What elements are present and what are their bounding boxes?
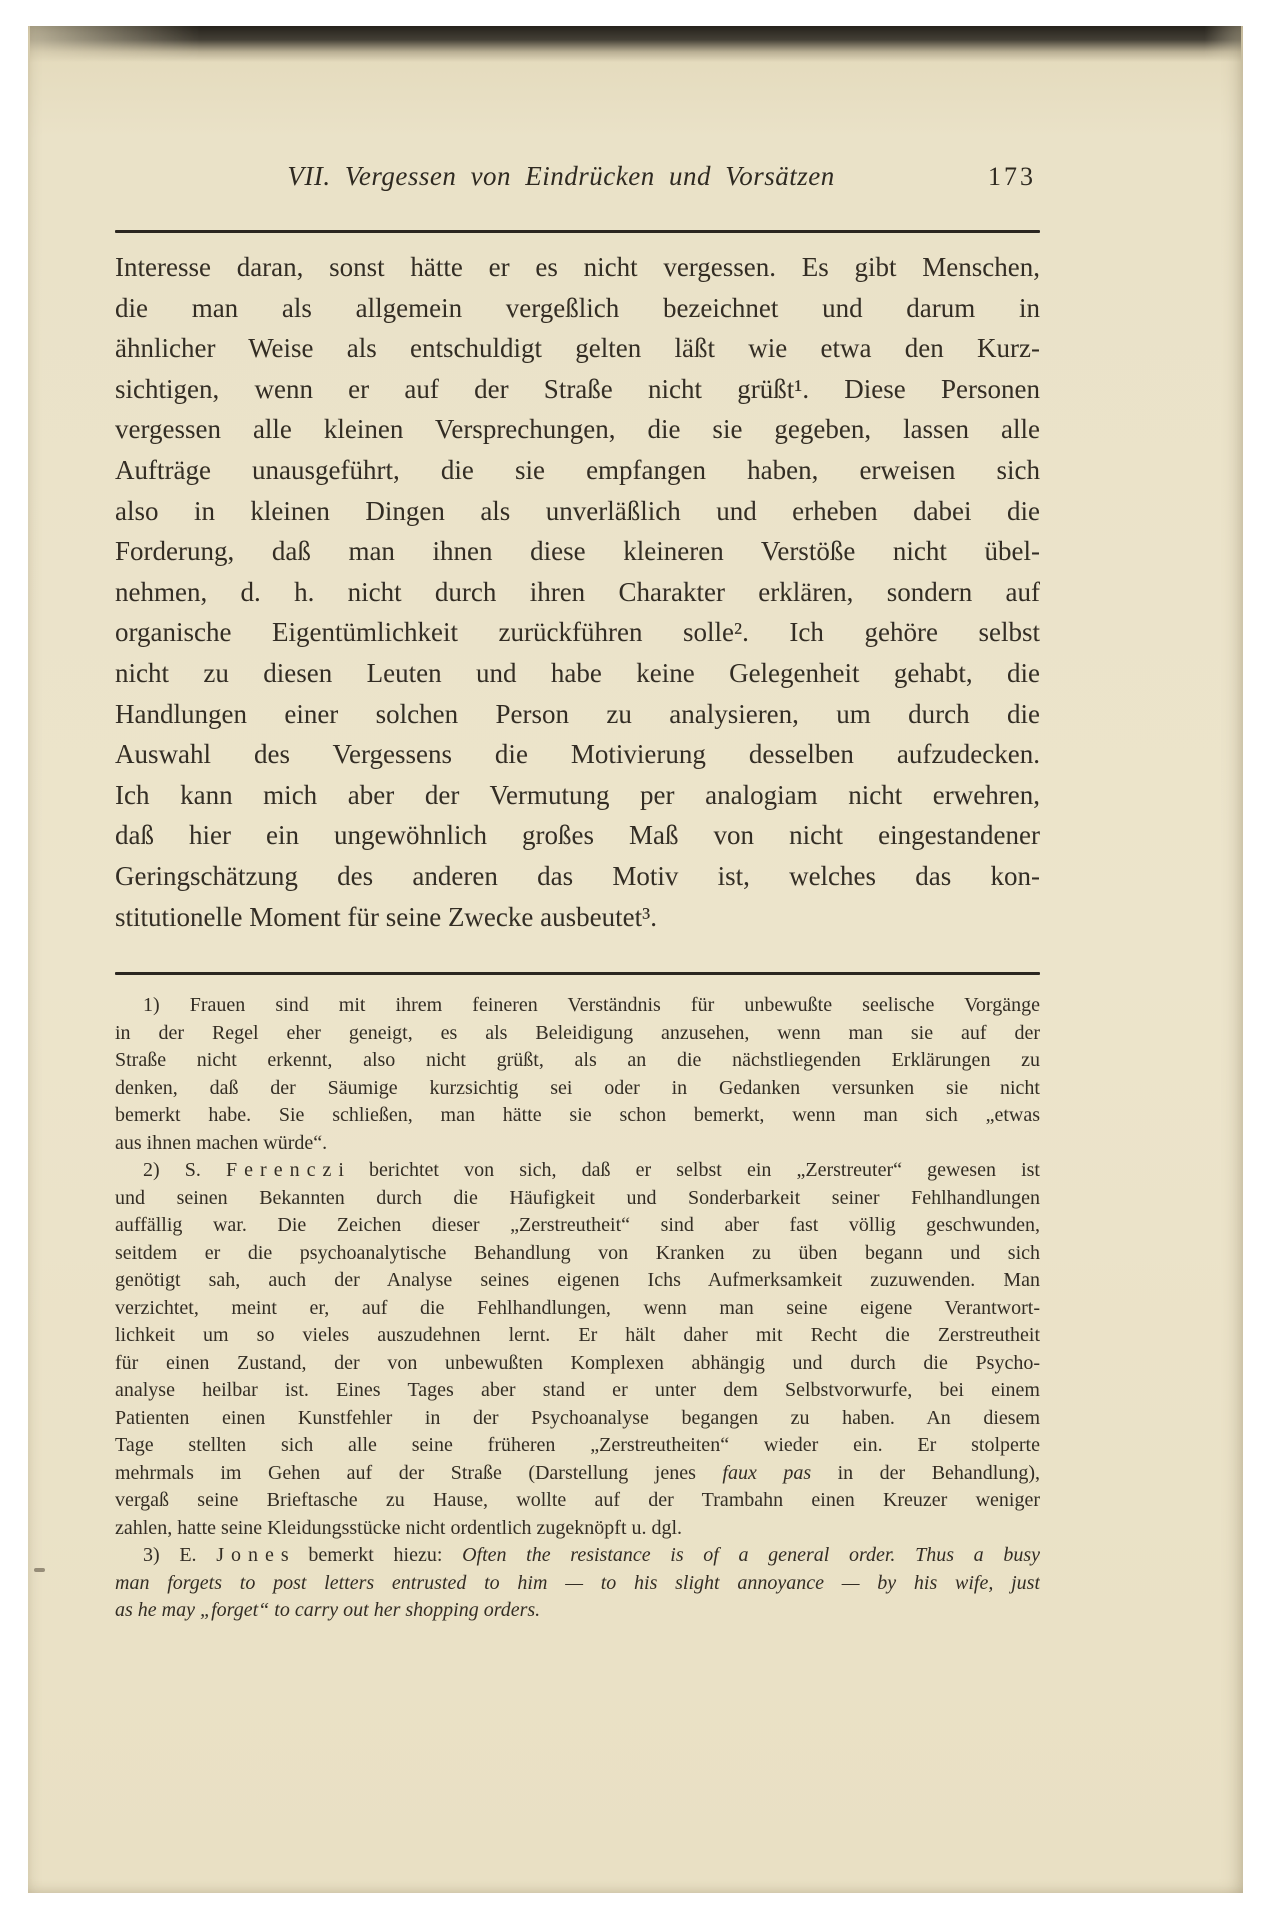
text-line: daß hier ein ungewöhnlich großes Maß von… [115, 815, 1040, 856]
text-line: 1) Frauen sind mit ihrem feineren Verstä… [115, 992, 1040, 1020]
running-head-title: VII. Vergessen von Eindrücken und Vorsät… [287, 161, 834, 192]
text-line: Geringschätzung des anderen das Motiv is… [115, 856, 1040, 897]
text-segment: berichtet von sich, daß er selbst ein „Z… [344, 1159, 1040, 1181]
text-segment: auffällig war. Die Zeichen dieser „Zerst… [115, 1214, 1040, 1236]
text-segment: Handlungen einer solchen Person zu analy… [115, 699, 1040, 729]
text-segment: Tage stellten sich alle seine früheren „… [115, 1434, 1040, 1456]
text-segment: seitdem er die psychoanalytische Behandl… [115, 1242, 1040, 1264]
text-segment: und seinen Bekannten durch die Häufigkei… [115, 1187, 1040, 1209]
text-line: nehmen, d. h. nicht durch ihren Charakte… [115, 572, 1040, 613]
text-segment: die man als allgemein vergeßlich bezeich… [115, 293, 1040, 323]
text-segment: faux pas [722, 1462, 811, 1484]
text-line: organische Eigentümlichkeit zurückführen… [115, 612, 1040, 653]
footnote-1: 1) Frauen sind mit ihrem feineren Verstä… [115, 992, 1040, 1157]
text-segment: Geringschätzung des anderen das Motiv is… [115, 861, 1040, 891]
text-segment: as he may „forget“ to carry out her shop… [115, 1599, 540, 1621]
text-line: verzichtet, meint er, auf die Fehlhandlu… [115, 1295, 1040, 1323]
text-segment: sichtigen, wenn er auf der Straße nicht … [115, 374, 1040, 404]
text-line: stitutionelle Moment für seine Zwecke au… [115, 897, 1040, 938]
main-text-block: Interesse daran, sonst hätte er es nicht… [115, 247, 1040, 937]
text-line: bemerkt habe. Sie schließen, man hätte s… [115, 1102, 1040, 1130]
text-segment: in der Behandlung), [811, 1462, 1040, 1484]
text-line: auffällig war. Die Zeichen dieser „Zerst… [115, 1212, 1040, 1240]
text-segment: also in kleinen Dingen als unverläßlich … [115, 496, 1040, 526]
text-segment: aus ihnen machen würde“. [115, 1132, 327, 1154]
text-segment: in der Regel eher geneigt, es als Beleid… [115, 1022, 1040, 1044]
text-segment: Jones [216, 1544, 295, 1566]
text-segment: mehrmals im Gehen auf der Straße (Darste… [115, 1462, 722, 1484]
text-line: vergessen alle kleinen Versprechungen, d… [115, 409, 1040, 450]
text-line: Ich kann mich aber der Vermutung per ana… [115, 775, 1040, 816]
text-line: analyse heilbar ist. Eines Tages aber st… [115, 1377, 1040, 1405]
text-segment: 2) S. [143, 1159, 226, 1181]
text-line: aus ihnen machen würde“. [115, 1130, 1040, 1158]
text-line: mehrmals im Gehen auf der Straße (Darste… [115, 1460, 1040, 1488]
text-line: Tage stellten sich alle seine früheren „… [115, 1432, 1040, 1460]
text-line: vergaß seine Brieftasche zu Hause, wollt… [115, 1487, 1040, 1515]
text-segment: Patienten einen Kunstfehler in der Psych… [115, 1407, 1040, 1429]
text-line: seitdem er die psychoanalytische Behandl… [115, 1240, 1040, 1268]
text-segment: daß hier ein ungewöhnlich großes Maß von… [115, 820, 1040, 850]
header-rule [115, 230, 1040, 233]
text-line: für einen Zustand, der von unbewußten Ko… [115, 1350, 1040, 1378]
text-segment: stitutionelle Moment für seine Zwecke au… [115, 902, 657, 932]
text-segment: nehmen, d. h. nicht durch ihren Charakte… [115, 577, 1040, 607]
text-segment: bemerkt hiezu: [289, 1544, 462, 1566]
text-segment: Auswahl des Vergessens die Motivierung d… [115, 739, 1040, 769]
text-segment: man forgets to post letters entrusted to… [115, 1572, 1040, 1594]
text-line: denken, daß der Säumige kurzsichtig sei … [115, 1075, 1040, 1103]
scanned-book-page: VII. Vergessen von Eindrücken und Vorsät… [0, 0, 1261, 1905]
text-line: nicht zu diesen Leuten und habe keine Ge… [115, 653, 1040, 694]
text-segment: Straße nicht erkennt, also nicht grüßt, … [115, 1049, 1040, 1071]
text-segment: vergessen alle kleinen Versprechungen, d… [115, 414, 1040, 444]
text-line: in der Regel eher geneigt, es als Beleid… [115, 1020, 1040, 1048]
text-line: Auswahl des Vergessens die Motivierung d… [115, 734, 1040, 775]
text-line: Straße nicht erkennt, also nicht grüßt, … [115, 1047, 1040, 1075]
text-segment: lichkeit um so vieles auszudehnen lernt.… [115, 1324, 1040, 1346]
text-segment: Forderung, daß man ihnen diese kleineren… [115, 536, 1040, 566]
text-segment: für einen Zustand, der von unbewußten Ko… [115, 1352, 1040, 1374]
text-line: ähnlicher Weise als entschuldigt gelten … [115, 328, 1040, 369]
text-line: sichtigen, wenn er auf der Straße nicht … [115, 369, 1040, 410]
text-line: Forderung, daß man ihnen diese kleineren… [115, 531, 1040, 572]
text-line: man forgets to post letters entrusted to… [115, 1570, 1040, 1598]
text-line: 2) S. Ferenczi berichtet von sich, daß e… [115, 1157, 1040, 1185]
scan-shadow-top [30, 26, 1241, 62]
footnote-3: 3) E. Jones bemerkt hiezu: Often the res… [115, 1542, 1040, 1625]
text-segment: nicht zu diesen Leuten und habe keine Ge… [115, 658, 1040, 688]
text-segment: bemerkt habe. Sie schließen, man hätte s… [115, 1104, 1040, 1126]
text-line: die man als allgemein vergeßlich bezeich… [115, 288, 1040, 329]
scan-artifact-speck [34, 1568, 45, 1572]
text-line: zahlen, hatte seine Kleidungsstücke nich… [115, 1515, 1040, 1543]
text-line: 3) E. Jones bemerkt hiezu: Often the res… [115, 1542, 1040, 1570]
text-line: Interesse daran, sonst hätte er es nicht… [115, 247, 1040, 288]
text-segment: ähnlicher Weise als entschuldigt gelten … [115, 333, 1040, 363]
text-segment: 1) Frauen sind mit ihrem feineren Verstä… [143, 994, 1040, 1016]
page-number: 173 [988, 162, 1036, 192]
footnotes-block: 1) Frauen sind mit ihrem feineren Verstä… [115, 992, 1040, 1625]
text-segment: Aufträge unausgeführt, die sie empfangen… [115, 455, 1040, 485]
text-line: genötigt sah, auch der Analyse seines ei… [115, 1267, 1040, 1295]
text-segment: Interesse daran, sonst hätte er es nicht… [115, 252, 1040, 282]
text-segment: vergaß seine Brieftasche zu Hause, wollt… [115, 1489, 1040, 1511]
text-segment: genötigt sah, auch der Analyse seines ei… [115, 1269, 1040, 1291]
text-segment: Often the resistance is of a general ord… [462, 1544, 1040, 1566]
paper-sheet: VII. Vergessen von Eindrücken und Vorsät… [28, 26, 1243, 1893]
text-segment: denken, daß der Säumige kurzsichtig sei … [115, 1077, 1040, 1099]
text-segment: organische Eigentümlichkeit zurückführen… [115, 617, 1040, 647]
text-line: Handlungen einer solchen Person zu analy… [115, 694, 1040, 735]
text-line: Patienten einen Kunstfehler in der Psych… [115, 1405, 1040, 1433]
text-segment: analyse heilbar ist. Eines Tages aber st… [115, 1379, 1040, 1401]
text-line: also in kleinen Dingen als unverläßlich … [115, 491, 1040, 532]
text-segment: Ich kann mich aber der Vermutung per ana… [115, 780, 1040, 810]
text-line: lichkeit um so vieles auszudehnen lernt.… [115, 1322, 1040, 1350]
text-segment: verzichtet, meint er, auf die Fehlhandlu… [115, 1297, 1040, 1319]
running-head: VII. Vergessen von Eindrücken und Vorsät… [115, 161, 1040, 199]
text-line: as he may „forget“ to carry out her shop… [115, 1597, 1040, 1625]
text-line: Aufträge unausgeführt, die sie empfangen… [115, 450, 1040, 491]
footnote-separator-rule [115, 972, 1040, 975]
text-segment: Ferenczi [226, 1159, 351, 1181]
text-segment: zahlen, hatte seine Kleidungsstücke nich… [115, 1517, 682, 1539]
text-segment: 3) E. [143, 1544, 216, 1566]
text-line: und seinen Bekannten durch die Häufigkei… [115, 1185, 1040, 1213]
footnote-2: 2) S. Ferenczi berichtet von sich, daß e… [115, 1157, 1040, 1542]
